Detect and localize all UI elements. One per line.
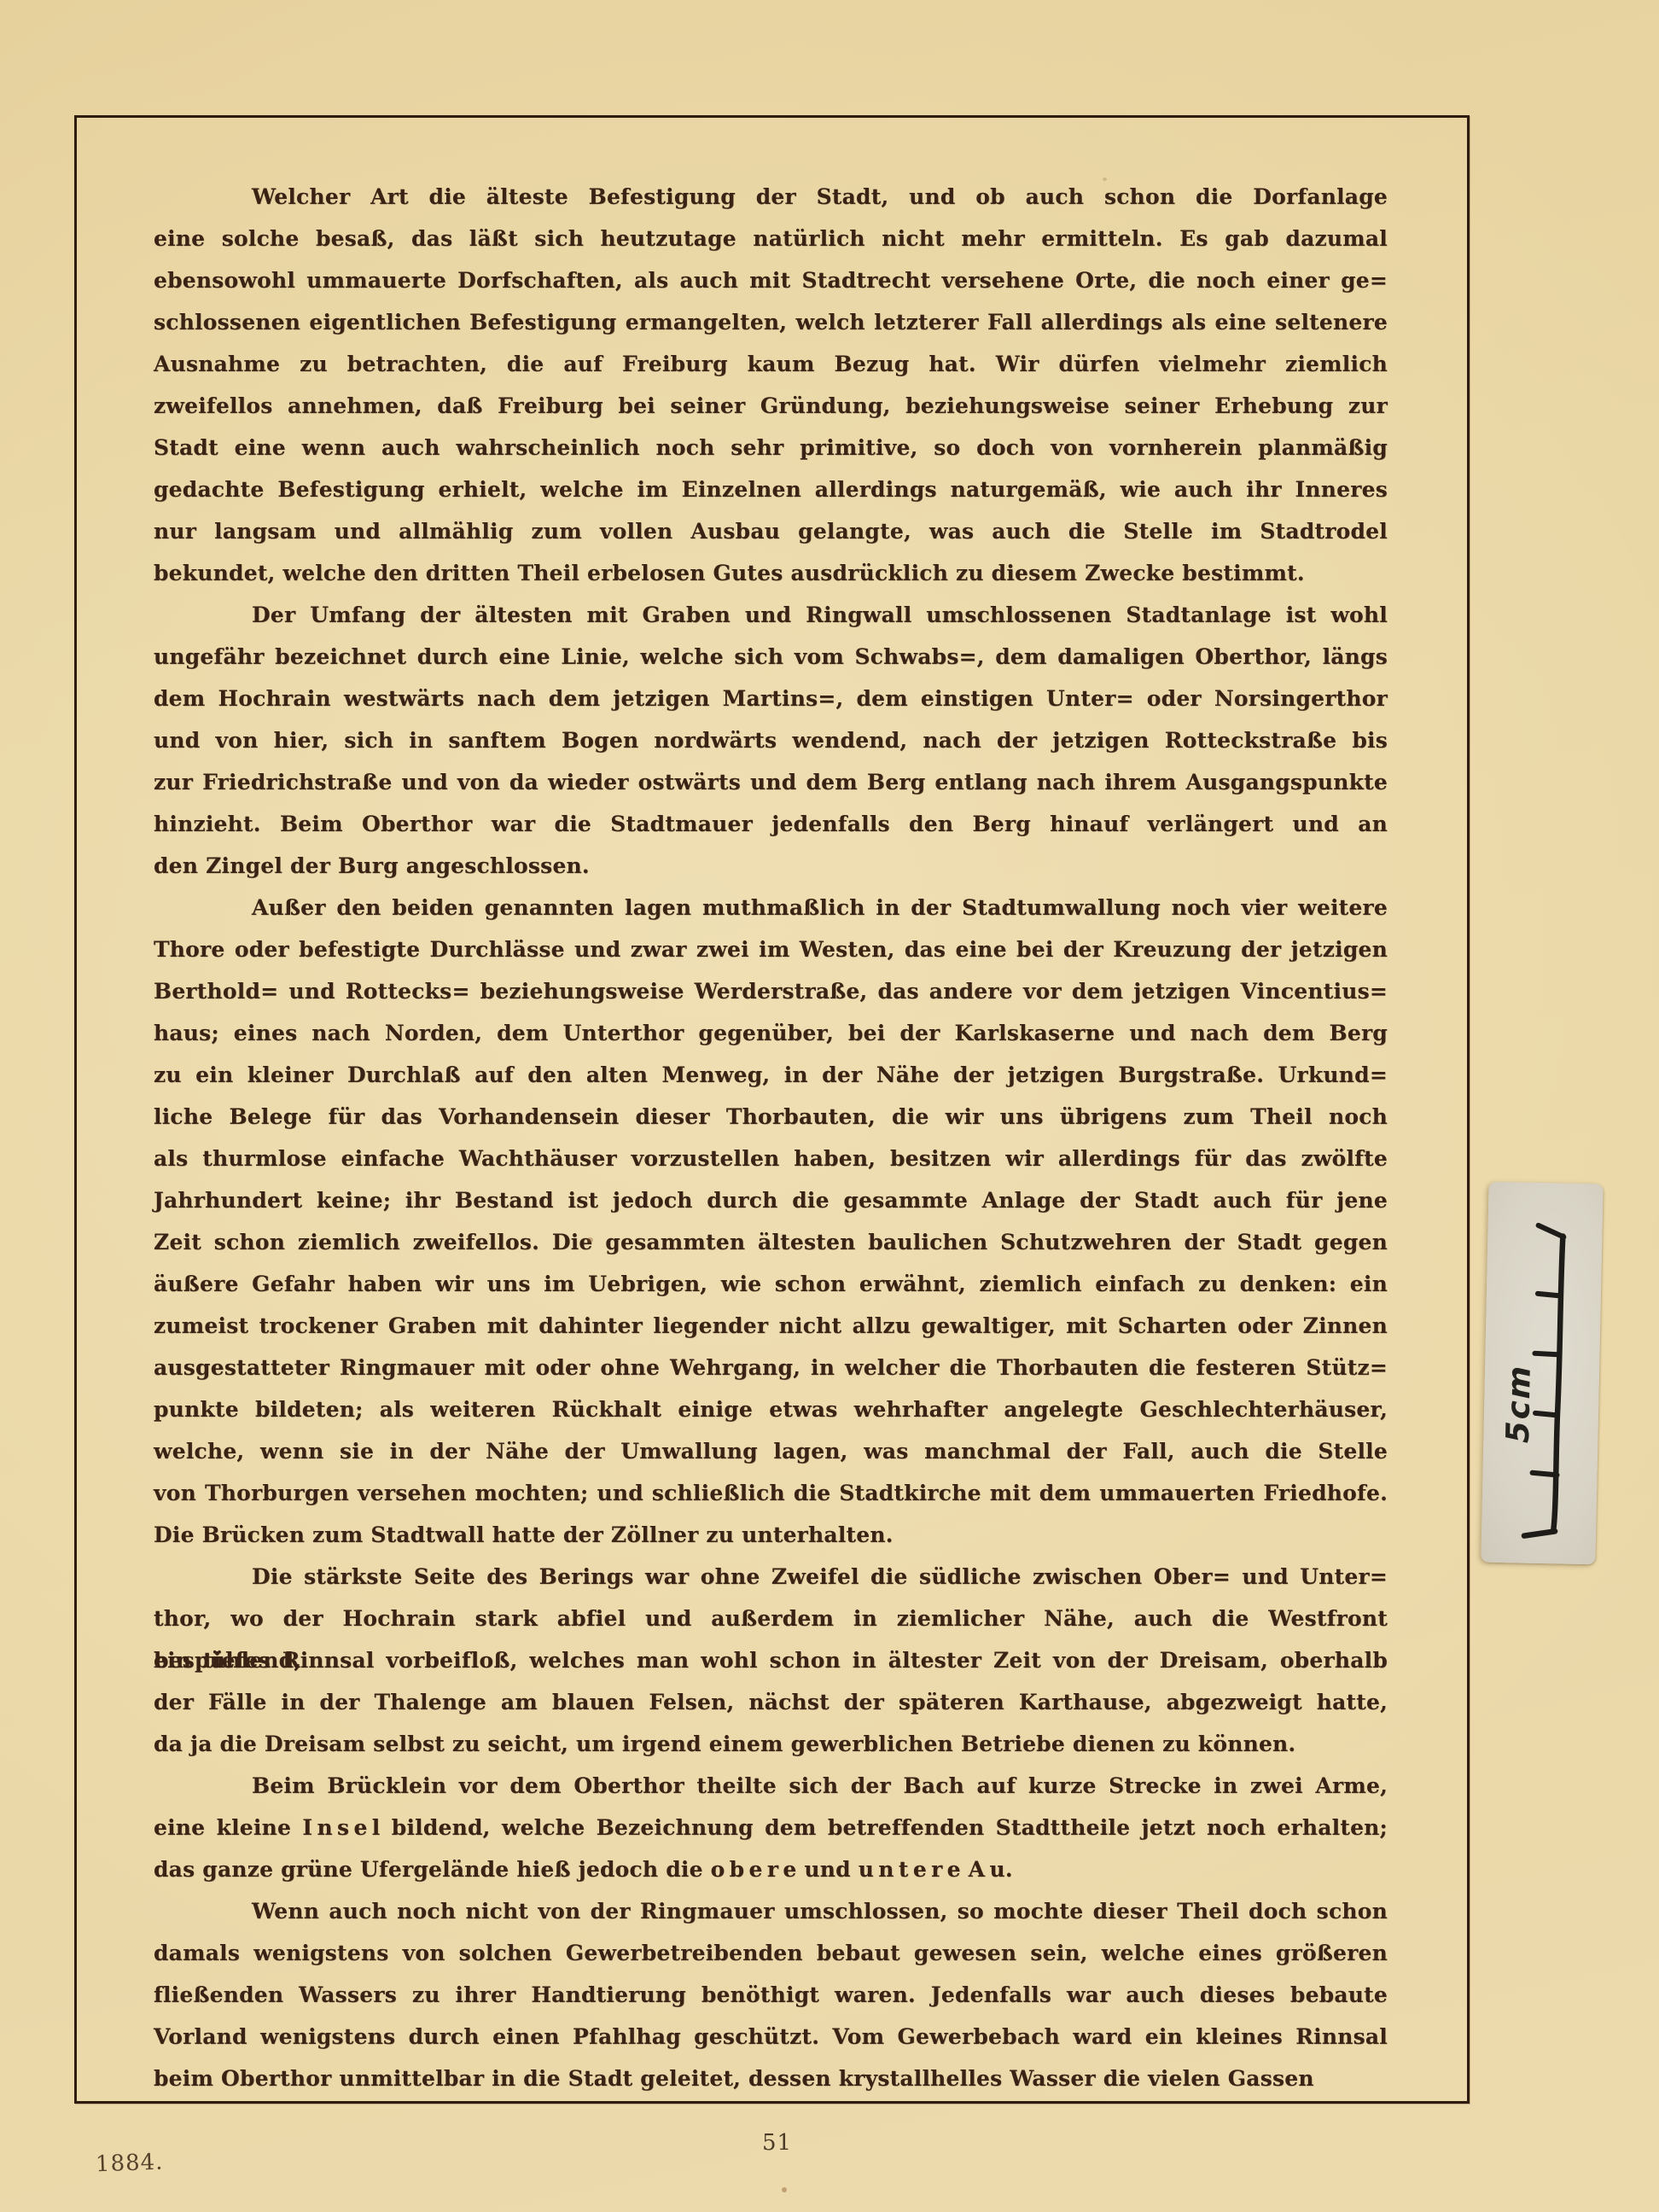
text-line: bekundet, welche den dritten Theil erbel… — [154, 552, 1388, 594]
text-block: Welcher Art die älteste Befestigung der … — [154, 176, 1388, 2099]
text-line: damals wenigstens von solchen Gewerbetre… — [154, 1932, 1388, 1974]
text-line: punkte bildeten; als weiteren Rückhalt e… — [154, 1388, 1388, 1430]
text-line: Die Brücken zum Stadtwall hatte der Zöll… — [154, 1514, 1388, 1556]
text-line: Vorland wenigstens durch einen Pfahlhag … — [154, 2016, 1388, 2058]
text-line: den Zingel der Burg angeschlossen. — [154, 845, 1388, 887]
text-line: zweifellos annehmen, daß Freiburg bei se… — [154, 385, 1388, 427]
scale-ruler: 5cm — [1481, 1182, 1603, 1565]
text-line: äußere Gefahr haben wir uns im Uebrigen,… — [154, 1263, 1388, 1305]
text-line: Außer den beiden genannten lagen muthmaß… — [154, 887, 1388, 928]
paper-speck — [587, 1237, 593, 1243]
text-line: gedachte Befestigung erhielt, welche im … — [154, 469, 1388, 510]
text-line: da ja die Dreisam selbst zu seicht, um i… — [154, 1723, 1388, 1765]
text-line: ebensowohl ummauerte Dorfschaften, als a… — [154, 259, 1388, 301]
text-line: Berthold= und Rottecks= beziehungsweise … — [154, 970, 1388, 1012]
footer-year: 1884. — [96, 2150, 164, 2178]
text-line: haus; eines nach Norden, dem Unterthor g… — [154, 1012, 1388, 1054]
paper-speck — [1103, 178, 1107, 181]
text-line: das ganze grüne Ufergelände hieß jedoch … — [154, 1848, 1388, 1890]
page-number: 51 — [762, 2130, 792, 2156]
text-line: Wenn auch noch nicht von der Ringmauer u… — [154, 1890, 1388, 1932]
text-line: Der Umfang der ältesten mit Graben und R… — [154, 594, 1388, 636]
text-line: nur langsam und allmählig zum vollen Aus… — [154, 510, 1388, 552]
text-line: der Fälle in der Thalenge am blauen Fels… — [154, 1681, 1388, 1723]
text-line: liche Belege für das Vorhandensein diese… — [154, 1096, 1388, 1138]
text-line: und von hier, sich in sanftem Bogen nord… — [154, 719, 1388, 761]
text-line: eine solche besaß, das läßt sich heutzut… — [154, 218, 1388, 259]
text-line: zumeist trockener Graben mit dahinter li… — [154, 1305, 1388, 1347]
text-line: zur Friedrichstraße und von da wieder os… — [154, 761, 1388, 803]
text-line: Beim Brücklein vor dem Oberthor theilte … — [154, 1765, 1388, 1807]
ruler-scale-drawing — [1481, 1182, 1603, 1565]
text-line: Thore oder befestigte Durchlässe und zwa… — [154, 928, 1388, 970]
text-line: Welcher Art die älteste Befestigung der … — [154, 176, 1388, 218]
text-line: Jahrhundert keine; ihr Bestand ist jedoc… — [154, 1179, 1388, 1221]
text-line: dem Hochrain westwärts nach dem jetzigen… — [154, 678, 1388, 719]
text-line: welche, wenn sie in der Nähe der Umwallu… — [154, 1430, 1388, 1472]
text-line: beim Oberthor unmittelbar in die Stadt g… — [154, 2058, 1388, 2099]
text-line: ungefähr bezeichnet durch eine Linie, we… — [154, 636, 1388, 678]
text-line: eine kleine I n s e l bildend, welche Be… — [154, 1807, 1388, 1848]
text-line: ausgestatteter Ringmauer mit oder ohne W… — [154, 1347, 1388, 1388]
text-line: Stadt eine wenn auch wahrscheinlich noch… — [154, 427, 1388, 469]
text-line: Die stärkste Seite des Berings war ohne … — [154, 1556, 1388, 1598]
text-line: zu ein kleiner Durchlaß auf den alten Me… — [154, 1054, 1388, 1096]
text-line: Ausnahme zu betrachten, die auf Freiburg… — [154, 343, 1388, 385]
paper-speck — [782, 2187, 787, 2192]
text-line: von Thorburgen versehen mochten; und sch… — [154, 1472, 1388, 1514]
text-line: ein tiefes Rinnsal vorbeifloß, welches m… — [154, 1639, 1388, 1681]
text-line: hinzieht. Beim Oberthor war die Stadtmau… — [154, 803, 1388, 845]
ruler-label: 5cm — [1499, 1364, 1538, 1443]
text-line: als thurmlose einfache Wachthäuser vorzu… — [154, 1138, 1388, 1179]
text-line: fließenden Wassers zu ihrer Handtierung … — [154, 1974, 1388, 2016]
text-line: thor, wo der Hochrain stark abfiel und a… — [154, 1598, 1388, 1639]
text-line: Zeit schon ziemlich zweifellos. Die gesa… — [154, 1221, 1388, 1263]
text-line: schlossenen eigentlichen Befestigung erm… — [154, 301, 1388, 343]
